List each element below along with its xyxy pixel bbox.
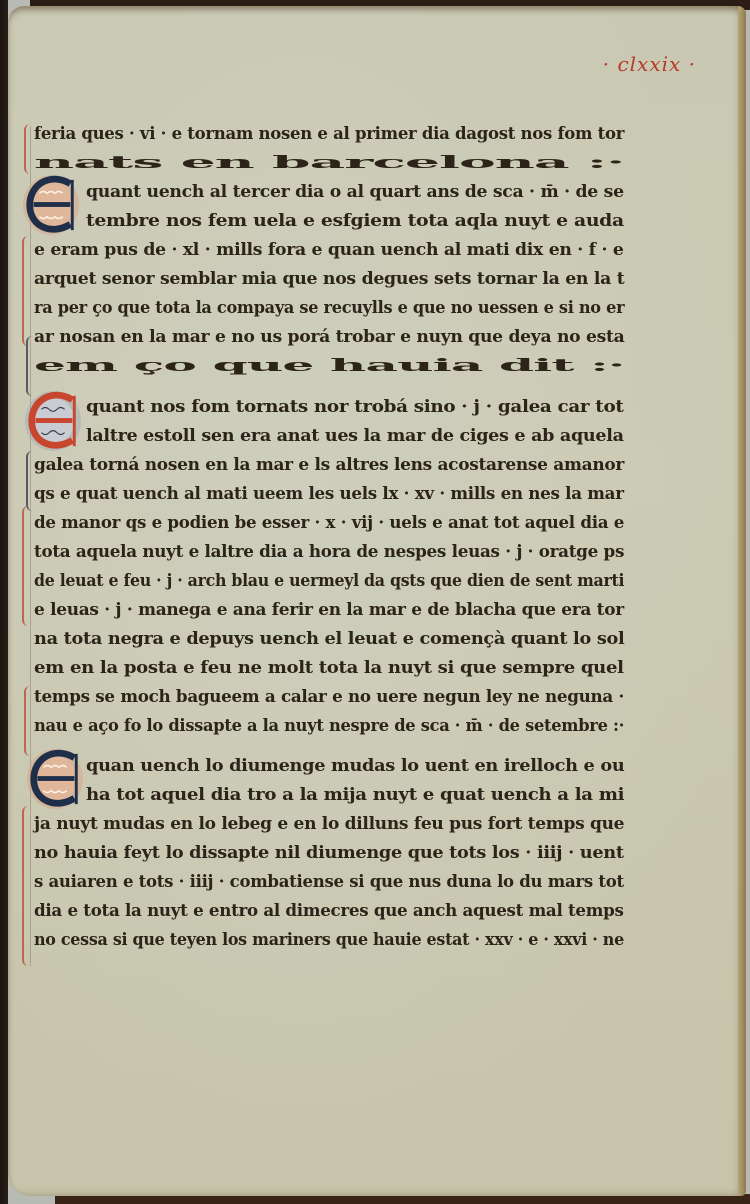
text-line: quant uench al tercer dia o al quart ans… — [86, 178, 624, 206]
text-line: arquet senor semblar mia que nos degues … — [34, 265, 624, 293]
illuminated-initial-e — [24, 390, 82, 452]
initial-e-blue-icon — [26, 748, 84, 810]
text-line: ar nosan en la mar e no us porá trobar e… — [34, 323, 624, 351]
text-line: laltre estoll sen era anat ues la mar de… — [86, 422, 624, 450]
text-line: e eram pus de · xl · mills fora e quan u… — [34, 236, 624, 264]
page-fore-edge — [738, 6, 746, 1196]
text-line: s auiaren e tots · iiij · combatiense si… — [34, 868, 624, 896]
folio-number: · clxxix · — [603, 52, 696, 76]
text-line: no hauia feyt lo dissapte nil diumenge q… — [34, 839, 624, 867]
text-line: de manor qs e podien be esser · x · vij … — [34, 509, 624, 537]
text-line: no cessa si que teyen los mariners que h… — [34, 926, 624, 954]
text-line: nats en barcelona :· — [34, 149, 624, 177]
text-line: quant nos fom tornats nor trobá sino · j… — [86, 393, 623, 421]
text-line: quan uench lo diumenge mudas lo uent en … — [86, 752, 624, 780]
text-line: galea torná nosen en la mar e ls altres … — [34, 451, 624, 479]
text-line: em ço que hauia dit :· — [34, 352, 624, 380]
text-line: tembre nos fem uela e esfgiem tota aqla … — [86, 207, 624, 235]
initial-e-blue-icon — [22, 174, 80, 236]
illuminated-initial-e — [26, 748, 84, 810]
text-line: de leuat e feu · j · arch blau e uermeyl… — [34, 567, 624, 595]
text-line: ra per ço que tota la compaya se recuyll… — [34, 294, 624, 322]
text-line: ja nuyt mudas en lo lebeg e en lo dillun… — [34, 810, 624, 838]
illuminated-initial-e — [22, 174, 80, 236]
text-line: qs e quat uench al mati ueem les uels lx… — [34, 480, 624, 508]
text-line: dia e tota la nuyt e entro al dimecres q… — [34, 897, 624, 925]
text-line: feria ques · vi · e tornam nosen e al pr… — [34, 120, 624, 148]
text-line: nau e aço fo lo dissapte a la nuyt nespr… — [34, 712, 624, 740]
text-line: tota aquela nuyt e laltre dia a hora de … — [34, 538, 624, 566]
text-line: em en la posta e feu ne molt tota la nuy… — [34, 654, 624, 682]
text-line: temps se moch bagueem a calar e no uere … — [34, 683, 624, 711]
initial-e-red-icon — [24, 390, 82, 452]
text-line: na tota negra e depuys uench el leuat e … — [34, 625, 624, 653]
manuscript-page: · clxxix · — [8, 6, 746, 1196]
text-line: e leuas · j · manega e ana ferir en la m… — [34, 596, 624, 624]
text-line: ha tot aquel dia tro a la mija nuyt e qu… — [86, 781, 624, 809]
